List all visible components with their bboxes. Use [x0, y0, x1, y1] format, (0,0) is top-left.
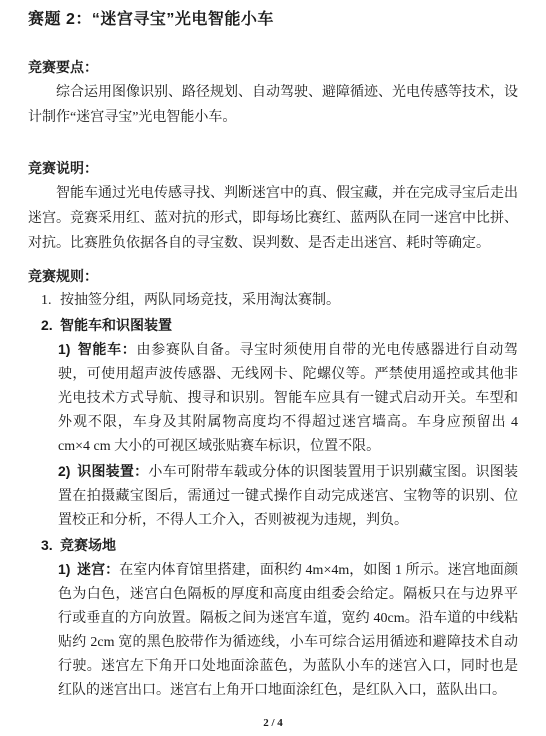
list-marker: 3. — [41, 533, 60, 557]
list-subitem-text: 由参赛队自备。寻宝时须使用自带的光电传感器进行自动驾驶，可使用超声波传感器、无线… — [58, 343, 518, 454]
section-heading-key-points: 竞赛要点： — [28, 55, 518, 80]
document-page: 赛题 2：“迷宫寻宝”光电智能小车 竞赛要点： 综合运用图像识别、路径规划、自动… — [0, 0, 546, 736]
list-marker: 1) — [58, 557, 77, 581]
section-heading-rules: 竞赛规则： — [28, 264, 518, 289]
list-item-3: 3. 竞赛场地 — [28, 533, 518, 557]
page-title: 赛题 2：“迷宫寻宝”光电智能小车 — [28, 9, 518, 31]
list-subitem-label: 智能车： — [77, 341, 137, 357]
list-item-text: 竞赛场地 — [60, 533, 116, 557]
list-subitem-smart-car: 1)智能车：由参赛队自备。寻宝时须使用自带的光电传感器进行自动驾驶，可使用超声波… — [58, 337, 518, 459]
list-item-2: 2. 智能车和识图装置 — [28, 313, 518, 337]
list-marker: 2) — [58, 459, 77, 483]
description-paragraph: 智能车通过光电传感寻找、判断迷宫中的真、假宝藏，并在完成寻宝后走出迷宫。竞赛采用… — [28, 181, 518, 256]
list-item-1: 1. 按抽签分组，两队同场竞技，采用淘汰赛制。 — [28, 289, 518, 313]
list-item-text: 按抽签分组，两队同场竞技，采用淘汰赛制。 — [60, 289, 340, 313]
rules-list: 1. 按抽签分组，两队同场竞技，采用淘汰赛制。 2. 智能车和识图装置 1)智能… — [28, 289, 518, 703]
section-rules: 竞赛规则： 1. 按抽签分组，两队同场竞技，采用淘汰赛制。 2. 智能车和识图装… — [28, 264, 518, 703]
list-marker: 2. — [41, 313, 60, 337]
list-subitem-text: 在室内体育馆里搭建，面积约 4m×4m，如图 1 所示。迷宫地面颜色为白色，迷宫… — [58, 563, 518, 698]
list-subitem-vision-device: 2)识图装置：小车可附带车载或分体的识图装置用于识别藏宝图。识图装置在拍摄藏宝图… — [58, 459, 518, 533]
key-points-paragraph: 综合运用图像识别、路径规划、自动驾驶、避障循迹、光电传感等技术，设计制作“迷宫寻… — [28, 80, 518, 130]
section-description: 竞赛说明： 智能车通过光电传感寻找、判断迷宫中的真、假宝藏，并在完成寻宝后走出迷… — [28, 156, 518, 256]
list-subitem-maze: 1)迷宫：在室内体育馆里搭建，面积约 4m×4m，如图 1 所示。迷宫地面颜色为… — [58, 557, 518, 703]
list-marker: 1) — [58, 337, 77, 361]
list-marker: 1. — [41, 289, 60, 313]
section-key-points: 竞赛要点： 综合运用图像识别、路径规划、自动驾驶、避障循迹、光电传感等技术，设计… — [28, 55, 518, 130]
list-subitem-label: 迷宫： — [77, 561, 119, 577]
list-subitem-label: 识图装置： — [77, 463, 148, 479]
page-number: 2 / 4 — [0, 716, 546, 730]
list-item-text: 智能车和识图装置 — [60, 313, 172, 337]
section-heading-description: 竞赛说明： — [28, 156, 518, 181]
